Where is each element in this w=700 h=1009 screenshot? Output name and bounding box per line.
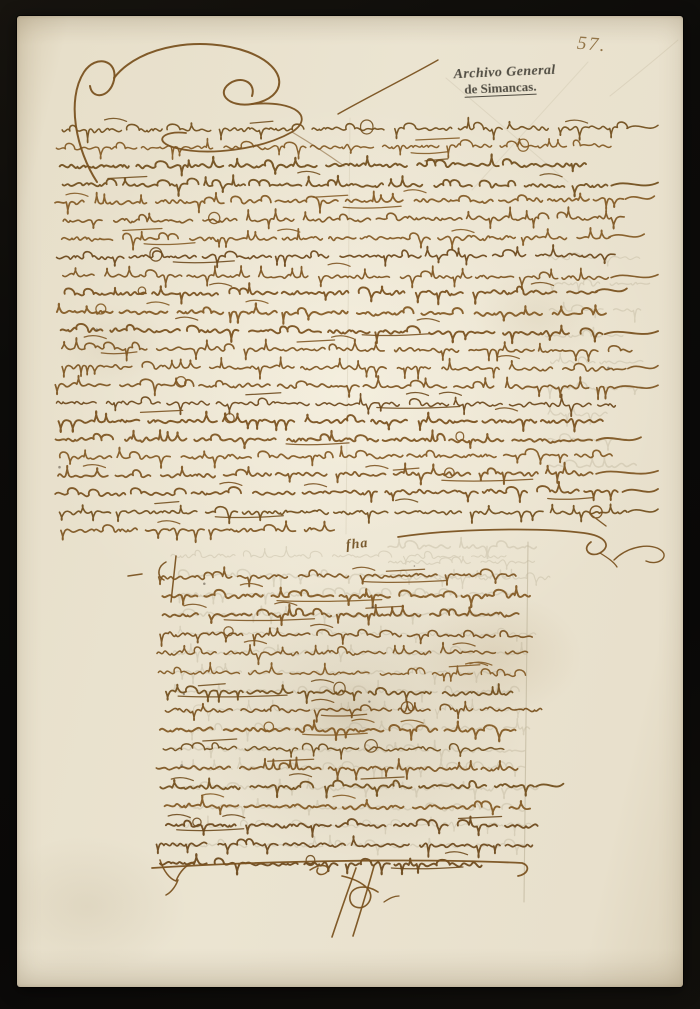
ink-stroke (60, 446, 612, 468)
ink-stroke (449, 662, 492, 667)
speck (183, 693, 185, 695)
stamp-line2: de Simancas. (464, 79, 537, 98)
crease-lines (346, 40, 678, 902)
ink-stroke (353, 866, 374, 936)
ink-stroke (338, 60, 438, 114)
manuscript-art (17, 16, 683, 987)
ink-stroke (152, 861, 527, 876)
ink-stroke (163, 605, 519, 626)
ink-stroke (328, 263, 350, 266)
speck (371, 606, 374, 609)
ink-stroke (57, 245, 615, 267)
ink-stroke (171, 774, 404, 781)
ink-stroke (114, 44, 279, 105)
ink-stroke (384, 896, 399, 902)
ink-stroke (162, 103, 302, 151)
ink-stroke (160, 628, 532, 646)
ink-stroke (165, 702, 541, 722)
ink-stroke (614, 546, 664, 562)
ink-stroke (128, 574, 142, 576)
ink-stroke (209, 212, 220, 223)
ink-stroke (163, 743, 504, 759)
ink-stroke (166, 684, 513, 703)
ink-stroke (108, 171, 562, 178)
ink-stroke (57, 303, 606, 324)
ink-stroke (550, 279, 650, 293)
ink-stroke (63, 266, 658, 289)
ink-stroke (62, 228, 645, 250)
ink-stroke (184, 602, 403, 620)
speck (95, 328, 98, 331)
archive-stamp: Archivo General de Simancas. (453, 64, 556, 99)
marginal-annotation: fha (345, 536, 369, 554)
ink-stroke (160, 778, 563, 797)
bleed-through-layer (171, 253, 650, 855)
ink-stroke (60, 154, 586, 175)
ink-stroke (66, 190, 426, 208)
ink-stroke (55, 191, 654, 214)
ink-stroke (398, 530, 606, 555)
ink-stroke (58, 463, 658, 485)
ink-stroke (62, 338, 632, 361)
ink-stroke (202, 794, 356, 798)
ink-stroke (63, 207, 624, 229)
ink-stroke (547, 434, 626, 450)
ink-stroke (59, 411, 603, 432)
ink-stroke (75, 61, 115, 182)
speck (607, 367, 610, 370)
ink-stroke (312, 699, 413, 716)
speck (203, 582, 206, 585)
ink-stroke (346, 118, 350, 534)
speck (414, 565, 416, 567)
ink-stroke (244, 641, 475, 646)
speck (180, 764, 183, 767)
ink-stroke (551, 353, 643, 364)
ink-stroke (61, 324, 658, 343)
ink-stroke (55, 376, 658, 400)
ink-stroke (158, 521, 180, 524)
paper-specks (58, 328, 609, 766)
ink-stroke (171, 546, 506, 564)
ink-stroke (84, 336, 353, 354)
ink-stroke (61, 521, 334, 542)
manuscript-page: Archivo General de Simancas. 57. fha (17, 16, 683, 987)
ink-stroke (610, 40, 678, 96)
ink-stroke (395, 569, 550, 588)
folio-number: 57. (576, 33, 608, 58)
rubric-signature (152, 860, 527, 937)
ink-stroke (63, 175, 658, 196)
ink-stroke (60, 504, 659, 523)
ink-stroke (389, 556, 535, 569)
speck (368, 700, 370, 702)
photo-frame: Archivo General de Simancas. 57. fha (0, 0, 700, 1009)
ink-stroke (310, 866, 328, 875)
ink-stroke (162, 586, 530, 607)
ink-stroke (155, 499, 418, 517)
handwriting-layer (55, 118, 658, 875)
ink-stroke (590, 506, 606, 526)
speck (58, 466, 61, 469)
ink-stroke (157, 836, 533, 857)
ink-stroke (64, 283, 626, 304)
ink-stroke (160, 720, 516, 741)
ink-stroke (497, 356, 519, 359)
